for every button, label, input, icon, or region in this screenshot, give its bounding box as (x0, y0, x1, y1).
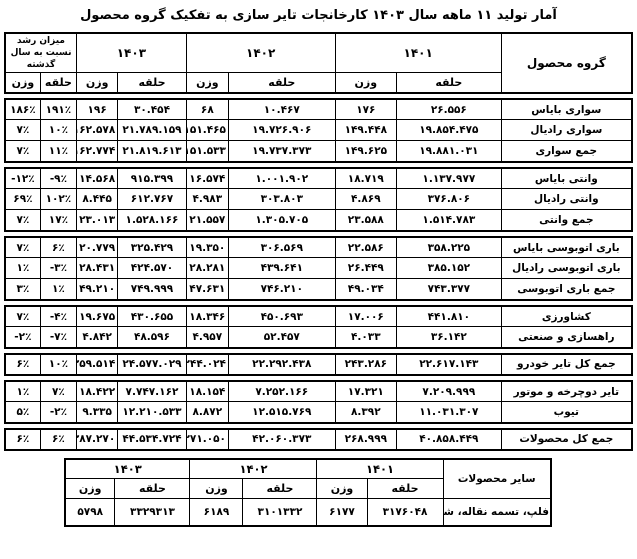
weight-col-header: وزن (77, 73, 118, 93)
table-row: سواری رادیال۱۹.۸۵۴.۴۷۵۱۴۹.۴۴۸۱۹.۷۲۶.۹۰۶۱… (5, 120, 632, 141)
growth-cell-gw: ۷٪ (5, 141, 40, 162)
value-text: ۱۶۲.۷۷۴ (77, 145, 116, 157)
value-text: -۴٪ (50, 311, 67, 323)
value-text: ۱۰٪ (49, 358, 68, 370)
value-text: ۲۴۳.۲۸۶ (345, 358, 387, 370)
value-cell-w1402: ۸.۸۷۲ (186, 402, 228, 423)
table-row: وانتی رادیال۳۷۶.۸۰۶۴.۸۶۹۳۰۳.۸۰۳۴.۹۸۳۶۱۲.… (5, 189, 632, 210)
value-cell-r1401: ۱۹.۸۸۱.۰۳۱ (397, 141, 502, 162)
value-cell-r1402: ۷.۲۵۲.۱۶۶ (228, 381, 335, 402)
weight-col-header: وزن (186, 73, 228, 93)
value-text: ۱۰۲٪ (46, 193, 72, 205)
ring-col-header: حلقه (118, 73, 186, 93)
value-cell-w1401: ۲۶۸.۹۹۹ (335, 429, 396, 450)
growth-cell-gr: ۱۷٪ (40, 210, 76, 231)
value-text: ۱۲.۲۱۰.۵۳۳ (122, 406, 181, 418)
value-cell-w1403: ۵۷۹۸ (65, 499, 115, 526)
value-text: ۷٪ (16, 214, 29, 226)
value-text: ۶٪ (16, 358, 29, 370)
value-text: ۱۹.۳۵۰ (189, 242, 225, 254)
growth-cell-gw: -۱۲٪ (5, 168, 40, 189)
weight-col-header: وزن (65, 479, 115, 499)
value-text: ۶٪ (16, 433, 29, 445)
year-1401-header: ۱۴۰۱ (335, 33, 501, 73)
value-text: ۲۵۹.۵۱۴ (77, 358, 116, 370)
value-text: ۵۲.۴۵۷ (264, 331, 300, 343)
value-text: ۷.۲۵۲.۱۶۶ (255, 386, 308, 398)
value-text: ۲۰.۷۷۹ (79, 242, 115, 254)
value-text: ۶۱۲.۷۶۷ (131, 193, 173, 205)
growth-cell-gr: ۱۱٪ (40, 141, 76, 162)
report-page: آمار تولید ۱۱ ماهه سال ۱۴۰۳ کارخانجات تا… (0, 0, 637, 559)
value-text: ۱۶.۵۷۴ (189, 173, 225, 185)
value-cell-w1401: ۱۷.۰۰۶ (335, 306, 396, 327)
growth-cell-gr: -۲٪ (40, 402, 76, 423)
value-cell-r1402: ۴۲.۰۶۰.۳۷۳ (228, 429, 335, 450)
value-cell-w1401: ۱۴۹.۶۲۵ (335, 141, 396, 162)
value-text: ۳۰.۴۵۴ (134, 104, 170, 116)
value-text: ۴۹.۲۱۰ (79, 283, 115, 295)
value-cell-r1401: ۷.۲۰۹.۹۹۹ (397, 381, 502, 402)
value-text: ۹۱۵.۳۹۹ (131, 173, 173, 185)
value-text: ۶۸ (201, 104, 214, 116)
value-text: ۱.۵۱۴.۷۸۳ (422, 214, 475, 226)
value-cell-r1402: ۳۱۰۱۳۳۲ (243, 499, 317, 526)
value-cell-r1403: ۲۴.۵۷۷.۰۲۹ (118, 354, 186, 375)
product-group-block: باری اتوبوسی بایاس۳۵۸.۲۲۵۲۲.۵۸۶۳۰۶.۵۶۹۱۹… (4, 236, 633, 301)
table-row: سواری بایاس۲۶.۵۵۶۱۷۶۱۰.۴۶۷۶۸۳۰.۴۵۴۱۹۶۱۹۱… (5, 99, 632, 120)
growth-cell-gr: ۱٪ (40, 279, 76, 300)
value-text: ۳۶.۱۴۲ (431, 331, 467, 343)
value-cell-r1402: ۱۲.۵۱۵.۷۶۹ (228, 402, 335, 423)
value-text: ۱۲.۵۱۵.۷۶۹ (252, 406, 311, 418)
value-cell-r1401: ۳۵۸.۲۲۵ (397, 237, 502, 258)
value-text: ۳۷۶.۸۰۶ (428, 193, 470, 205)
value-text: ۳۵۸.۲۲۵ (428, 242, 470, 254)
value-text: ۵٪ (16, 406, 29, 418)
product-groups-container: سواری بایاس۲۶.۵۵۶۱۷۶۱۰.۴۶۷۶۸۳۰.۴۵۴۱۹۶۱۹۱… (0, 98, 637, 451)
value-cell-w1402: ۱۸.۳۴۶ (186, 306, 228, 327)
value-cell-r1401: ۲۶.۵۵۶ (397, 99, 502, 120)
value-text: ۱۰٪ (49, 124, 68, 136)
growth-cell-gw: ۷٪ (5, 120, 40, 141)
value-cell-r1403: ۲۱.۷۸۹.۱۵۹ (118, 120, 186, 141)
table-row: جمع وانتی۱.۵۱۴.۷۸۳۲۳.۵۸۸۱.۳۰۵.۷۰۵۲۱.۵۵۷۱… (5, 210, 632, 231)
product-name-cell: تایر دوچرخه و موتور (501, 381, 632, 402)
product-name-cell: باری اتوبوسی رادیال (501, 258, 632, 279)
value-cell-r1403: ۲۱.۸۱۹.۶۱۳ (118, 141, 186, 162)
value-cell-w1402: ۱۵۱.۴۶۵ (186, 120, 228, 141)
value-cell-w1401: ۱۷۶ (335, 99, 396, 120)
year-header-row: گروه محصول ۱۴۰۱ ۱۴۰۲ ۱۴۰۳ میزان رشد نسبت… (5, 33, 632, 73)
product-name-cell: باری اتوبوسی بایاس (501, 237, 632, 258)
value-text: ۲۷۱.۰۵۰ (186, 433, 226, 445)
value-cell-w1402: ۱۶.۵۷۴ (186, 168, 228, 189)
value-text: ۵۷۹۸ (77, 506, 103, 518)
growth-cell-gw: ۱۸۶٪ (5, 99, 40, 120)
growth-cell-gw: ۱٪ (5, 258, 40, 279)
value-text: ۴۲۴.۵۷۰ (131, 262, 173, 274)
value-cell-w1401: ۱۴۹.۴۴۸ (335, 120, 396, 141)
value-cell-r1401: ۱۹.۸۵۴.۴۷۵ (397, 120, 502, 141)
value-cell-r1402: ۱۹.۷۳۷.۳۷۳ (228, 141, 335, 162)
product-group-block: جمع کل محصولات۴۰.۸۵۸.۴۴۹۲۶۸.۹۹۹۴۲.۰۶۰.۳۷… (4, 428, 633, 451)
value-text: ۷٪ (16, 242, 29, 254)
value-cell-w1402: ۴۷.۶۳۱ (186, 279, 228, 300)
value-text: ۱۸.۳۴۶ (189, 311, 225, 323)
value-cell-r1402: ۱.۳۰۵.۷۰۵ (228, 210, 335, 231)
value-cell-r1403: ۳۲۵.۴۲۹ (118, 237, 186, 258)
value-cell-r1403: ۴۴.۵۳۴.۷۲۴ (118, 429, 186, 450)
value-text: ۳۰۳.۸۰۳ (261, 193, 303, 205)
value-cell-w1403: ۲۸۷.۲۷۰ (77, 429, 118, 450)
value-cell-r1401: ۲۲.۶۱۷.۱۴۳ (397, 354, 502, 375)
value-text: ۲۲.۶۱۷.۱۴۳ (419, 358, 478, 370)
value-cell-r1403: ۴۸.۵۹۶ (118, 327, 186, 348)
weight-col-header: وزن (5, 73, 40, 93)
value-cell-w1403: ۱۹۶ (77, 99, 118, 120)
value-text: ۱۷.۳۲۱ (348, 386, 384, 398)
weight-col-header: وزن (190, 479, 243, 499)
table-row: راهسازی و صنعتی۳۶.۱۴۲۴.۰۳۳۵۲.۴۵۷۴.۹۵۷۴۸.… (5, 327, 632, 348)
value-text: ۱۹.۷۳۷.۳۷۳ (252, 145, 311, 157)
value-cell-w1403: ۴.۸۴۲ (77, 327, 118, 348)
value-cell-r1402: ۳۰۶.۵۶۹ (228, 237, 335, 258)
value-text: ۲۱.۷۸۹.۱۵۹ (122, 124, 181, 136)
product-name-cell: جمع باری اتوبوسی (501, 279, 632, 300)
other-year-header-row: سایر محصولات ۱۴۰۱ ۱۴۰۲ ۱۴۰۳ (65, 459, 551, 479)
value-text: ۲۲.۲۹۲.۴۳۸ (252, 358, 311, 370)
value-text: ۶۱۷۷ (329, 506, 355, 518)
value-text: ۲۳.۵۸۸ (348, 214, 384, 226)
value-cell-r1401: ۱.۱۳۷.۹۷۷ (397, 168, 502, 189)
value-cell-w1402: ۲۸.۲۸۱ (186, 258, 228, 279)
value-cell-r1401: ۴۰.۸۵۸.۴۴۹ (397, 429, 502, 450)
table-row: باری اتوبوسی بایاس۳۵۸.۲۲۵۲۲.۵۸۶۳۰۶.۵۶۹۱۹… (5, 237, 632, 258)
value-text: ۱.۰۰۱.۹۰۲ (255, 173, 308, 185)
value-text: ۱۶۲.۵۷۸ (77, 124, 116, 136)
growth-cell-gr: ۶٪ (40, 429, 76, 450)
year-1403-header: ۱۴۰۳ (77, 33, 187, 73)
growth-cell-gw: ۳٪ (5, 279, 40, 300)
ring-col-header: حلقه (115, 479, 190, 499)
value-text: ۴۰.۸۵۸.۴۴۹ (419, 433, 478, 445)
value-text: ۴.۰۳۳ (351, 331, 381, 343)
product-group-block: تایر دوچرخه و موتور۷.۲۰۹.۹۹۹۱۷.۳۲۱۷.۲۵۲.… (4, 380, 633, 424)
value-text: ۳۱۰۱۳۳۲ (258, 506, 303, 518)
value-text: ۴.۸۶۹ (351, 193, 381, 205)
product-name-cell: جمع کل محصولات (501, 429, 632, 450)
value-cell-w1402: ۲۷۱.۰۵۰ (186, 429, 228, 450)
value-text: ۱۹۱٪ (46, 104, 72, 116)
value-text: ۱۹.۷۲۶.۹۰۶ (252, 124, 311, 136)
value-text: ۱۹.۸۸۱.۰۳۱ (419, 145, 478, 157)
value-text: ۴۳۹.۶۴۱ (261, 262, 303, 274)
main-table-header: گروه محصول ۱۴۰۱ ۱۴۰۲ ۱۴۰۳ میزان رشد نسبت… (4, 32, 633, 94)
growth-cell-gr: ۱۰٪ (40, 120, 76, 141)
value-text: ۲۲.۵۸۶ (348, 242, 384, 254)
value-cell-w1402: ۶۸ (186, 99, 228, 120)
value-cell-r1403: ۳۳۲۹۳۱۳ (115, 499, 190, 526)
growth-cell-gr: ۱۹۱٪ (40, 99, 76, 120)
value-cell-w1403: ۱۶۲.۷۷۴ (77, 141, 118, 162)
value-text: ۱۹.۶۷۵ (79, 311, 115, 323)
value-text: ۲۸.۴۳۱ (79, 262, 115, 274)
product-name-cell: وانتی رادیال (501, 189, 632, 210)
value-cell-w1401: ۴.۸۶۹ (335, 189, 396, 210)
weight-col-header: وزن (335, 73, 396, 93)
value-text: ۶٪ (52, 433, 65, 445)
product-group-block: کشاورزی۴۴۱.۸۱۰۱۷.۰۰۶۴۵۰.۶۹۳۱۸.۳۴۶۴۳۰.۶۵۵… (4, 305, 633, 349)
other-products-name: فلپ، تسمه نقاله، شیلنگ و ... (443, 499, 551, 526)
value-text: ۴۴۱.۸۱۰ (428, 311, 470, 323)
value-text: ۳۸۵.۱۵۲ (428, 262, 470, 274)
product-name-cell: کشاورزی (501, 306, 632, 327)
value-text: ۴۹.۰۳۴ (348, 283, 384, 295)
value-text: ۴۷.۶۳۱ (189, 283, 225, 295)
growth-cell-gr: ۷٪ (40, 381, 76, 402)
value-text: ۲۱.۵۵۷ (189, 214, 225, 226)
value-cell-w1401: ۲۳.۵۸۸ (335, 210, 396, 231)
value-text: ۳۳۲۹۳۱۳ (130, 506, 175, 518)
value-text: ۱۴.۵۶۸ (79, 173, 115, 185)
value-text: -۷٪ (50, 331, 67, 343)
growth-cell-gw: ۶٪ (5, 429, 40, 450)
product-name-cell: جمع وانتی (501, 210, 632, 231)
other-products-row: فلپ، تسمه نقاله، شیلنگ و ... ۳۱۷۶۰۴۸ ۶۱۷… (65, 499, 551, 526)
value-text: ۱۱٪ (49, 145, 68, 157)
value-text: ۲۸۷.۲۷۰ (77, 433, 116, 445)
value-text: -۲٪ (14, 331, 31, 343)
value-text: ۷۴۹.۹۹۹ (131, 283, 173, 295)
value-text: ۶۱۸۹ (204, 506, 230, 518)
value-text: ۴۲.۰۶۰.۳۷۳ (252, 433, 311, 445)
growth-header: میزان رشد نسبت به سال گذشته (5, 33, 77, 73)
value-cell-w1401: ۶۱۷۷ (317, 499, 367, 526)
growth-cell-gw: ۶۹٪ (5, 189, 40, 210)
product-name-cell: تیوب (501, 402, 632, 423)
product-group-block: سواری بایاس۲۶.۵۵۶۱۷۶۱۰.۴۶۷۶۸۳۰.۴۵۴۱۹۶۱۹۱… (4, 98, 633, 163)
value-text: ۱.۳۰۵.۷۰۵ (255, 214, 308, 226)
other-year-1403-header: ۱۴۰۳ (65, 459, 190, 479)
value-cell-r1402: ۴۳۹.۶۴۱ (228, 258, 335, 279)
value-text: ۷٪ (52, 386, 65, 398)
product-group-header: گروه محصول (501, 33, 632, 93)
product-name-cell: جمع سواری (501, 141, 632, 162)
table-row: جمع سواری۱۹.۸۸۱.۰۳۱۱۴۹.۶۲۵۱۹.۷۳۷.۳۷۳۱۵۱.… (5, 141, 632, 162)
growth-cell-gw: ۶٪ (5, 354, 40, 375)
value-cell-w1403: ۸.۴۴۵ (77, 189, 118, 210)
value-text: ۴.۹۸۳ (193, 193, 223, 205)
value-cell-w1402: ۲۴۴.۰۲۴ (186, 354, 228, 375)
table-row: باری اتوبوسی رادیال۳۸۵.۱۵۲۲۶.۴۴۹۴۳۹.۶۴۱۲… (5, 258, 632, 279)
value-cell-r1403: ۴۳۰.۶۵۵ (118, 306, 186, 327)
value-text: ۲۱.۸۱۹.۶۱۳ (122, 145, 181, 157)
value-cell-w1402: ۱۵۱.۵۳۳ (186, 141, 228, 162)
value-cell-w1403: ۲۵۹.۵۱۴ (77, 354, 118, 375)
value-text: ۱٪ (16, 386, 29, 398)
value-text: ۲۶.۵۵۶ (431, 104, 467, 116)
value-text: ۴۳۰.۶۵۵ (131, 311, 173, 323)
value-text: ۲۴.۵۷۷.۰۲۹ (122, 358, 181, 370)
value-text: ۱۴۹.۴۴۸ (345, 124, 387, 136)
value-cell-r1402: ۴۵۰.۶۹۳ (228, 306, 335, 327)
value-text: ۲۶۸.۹۹۹ (345, 433, 387, 445)
value-text: ۶٪ (52, 242, 65, 254)
product-group-block: وانتی بایاس۱.۱۳۷.۹۷۷۱۸.۷۱۹۱.۰۰۱.۹۰۲۱۶.۵۷… (4, 167, 633, 232)
value-cell-r1403: ۷.۷۴۷.۱۶۲ (118, 381, 186, 402)
value-text: ۷.۷۴۷.۱۶۲ (126, 386, 179, 398)
value-cell-w1402: ۲۱.۵۵۷ (186, 210, 228, 231)
value-text: ۷٪ (16, 311, 29, 323)
value-text: ۹.۳۳۵ (82, 406, 112, 418)
value-text: ۳٪ (16, 283, 29, 295)
value-text: ۱۰.۴۶۷ (264, 104, 300, 116)
value-text: ۱.۱۳۷.۹۷۷ (422, 173, 475, 185)
value-cell-r1403: ۷۴۹.۹۹۹ (118, 279, 186, 300)
value-text: ۱۸.۱۵۴ (189, 386, 225, 398)
value-text: -۲٪ (50, 406, 67, 418)
value-cell-w1403: ۲۰.۷۷۹ (77, 237, 118, 258)
value-text: ۲۳.۰۱۳ (79, 214, 115, 226)
growth-cell-gr: ۱۰٪ (40, 354, 76, 375)
value-text: -۳٪ (50, 262, 67, 274)
value-text: ۷٪ (16, 145, 29, 157)
value-text: ۱.۵۲۸.۱۶۶ (126, 214, 179, 226)
value-cell-r1403: ۶۱۲.۷۶۷ (118, 189, 186, 210)
value-cell-r1402: ۱.۰۰۱.۹۰۲ (228, 168, 335, 189)
value-text: ۶۹٪ (13, 193, 32, 205)
growth-cell-gr: -۳٪ (40, 258, 76, 279)
value-text: ۱۷۶ (356, 104, 375, 116)
growth-cell-gw: ۷٪ (5, 306, 40, 327)
value-cell-w1401: ۱۷.۳۲۱ (335, 381, 396, 402)
value-cell-w1402: ۱۹.۳۵۰ (186, 237, 228, 258)
value-text: -۱۲٪ (11, 173, 35, 185)
table-row: جمع کل محصولات۴۰.۸۵۸.۴۴۹۲۶۸.۹۹۹۴۲.۰۶۰.۳۷… (5, 429, 632, 450)
value-text: ۱٪ (16, 262, 29, 274)
value-cell-w1402: ۶۱۸۹ (190, 499, 243, 526)
value-text: ۱۸.۴۲۲ (79, 386, 115, 398)
ring-col-header: حلقه (40, 73, 76, 93)
value-cell-r1402: ۱۹.۷۲۶.۹۰۶ (228, 120, 335, 141)
value-text: ۷٪ (16, 124, 29, 136)
value-cell-w1401: ۲۲.۵۸۶ (335, 237, 396, 258)
value-cell-w1401: ۲۴۳.۲۸۶ (335, 354, 396, 375)
value-text: ۴.۹۵۷ (193, 331, 223, 343)
growth-cell-gw: ۵٪ (5, 402, 40, 423)
value-cell-w1401: ۱۸.۷۱۹ (335, 168, 396, 189)
value-text: ۱٪ (52, 283, 65, 295)
value-text: ۴۴.۵۳۴.۷۲۴ (122, 433, 181, 445)
value-text: ۳۱۷۶۰۴۸ (383, 506, 428, 518)
value-text: ۱۴۹.۶۲۵ (345, 145, 387, 157)
value-text: ۷۴۶.۲۱۰ (261, 283, 303, 295)
value-cell-r1403: ۹۱۵.۳۹۹ (118, 168, 186, 189)
value-cell-w1403: ۱۸.۴۲۲ (77, 381, 118, 402)
value-cell-w1403: ۲۳.۰۱۳ (77, 210, 118, 231)
value-text: ۸.۳۹۲ (351, 406, 381, 418)
table-row: جمع کل تایر خودرو۲۲.۶۱۷.۱۴۳۲۴۳.۲۸۶۲۲.۲۹۲… (5, 354, 632, 375)
value-text: ۳۲۵.۴۲۹ (131, 242, 173, 254)
year-1402-header: ۱۴۰۲ (186, 33, 335, 73)
value-text: ۱۵۱.۴۶۵ (186, 124, 226, 136)
value-cell-r1401: ۷۴۳.۳۷۷ (397, 279, 502, 300)
value-cell-r1401: ۳۱۷۶۰۴۸ (367, 499, 443, 526)
other-year-1401-header: ۱۴۰۱ (317, 459, 443, 479)
value-cell-r1402: ۲۲.۲۹۲.۴۳۸ (228, 354, 335, 375)
value-text: ۲۶.۴۴۹ (348, 262, 384, 274)
value-cell-r1403: ۱۲.۲۱۰.۵۳۳ (118, 402, 186, 423)
value-cell-r1401: ۱۱.۰۳۱.۳۰۷ (397, 402, 502, 423)
value-cell-r1401: ۳۷۶.۸۰۶ (397, 189, 502, 210)
value-cell-w1401: ۴۹.۰۳۴ (335, 279, 396, 300)
product-name-cell: جمع کل تایر خودرو (501, 354, 632, 375)
value-cell-r1402: ۱۰.۴۶۷ (228, 99, 335, 120)
value-text: ۲۴۴.۰۲۴ (186, 358, 226, 370)
value-cell-r1402: ۳۰۳.۸۰۳ (228, 189, 335, 210)
growth-cell-gw: ۱٪ (5, 381, 40, 402)
value-cell-w1403: ۱۴.۵۶۸ (77, 168, 118, 189)
ring-col-header: حلقه (367, 479, 443, 499)
value-text: ۱۸.۷۱۹ (348, 173, 384, 185)
product-name-cell: راهسازی و صنعتی (501, 327, 632, 348)
value-cell-r1403: ۱.۵۲۸.۱۶۶ (118, 210, 186, 231)
value-text: ۴۸.۵۹۶ (134, 331, 170, 343)
value-text: ۱۷٪ (49, 214, 68, 226)
product-name-cell: سواری رادیال (501, 120, 632, 141)
value-cell-w1402: ۱۸.۱۵۴ (186, 381, 228, 402)
value-cell-w1403: ۱۹.۶۷۵ (77, 306, 118, 327)
product-name-cell: سواری بایاس (501, 99, 632, 120)
ring-col-header: حلقه (397, 73, 502, 93)
value-text: ۱۵۱.۵۳۳ (186, 145, 226, 157)
weight-col-header: وزن (317, 479, 367, 499)
value-cell-r1403: ۳۰.۴۵۴ (118, 99, 186, 120)
growth-cell-gw: ۷٪ (5, 237, 40, 258)
value-text: ۱۱.۰۳۱.۳۰۷ (419, 406, 478, 418)
value-text: ۴۵۰.۶۹۳ (261, 311, 303, 323)
value-text: ۸.۸۷۲ (193, 406, 223, 418)
value-cell-r1401: ۳۶.۱۴۲ (397, 327, 502, 348)
table-row: تایر دوچرخه و موتور۷.۲۰۹.۹۹۹۱۷.۳۲۱۷.۲۵۲.… (5, 381, 632, 402)
growth-cell-gr: -۴٪ (40, 306, 76, 327)
value-cell-w1403: ۲۸.۴۳۱ (77, 258, 118, 279)
growth-cell-gw: ۷٪ (5, 210, 40, 231)
ring-col-header: حلقه (228, 73, 335, 93)
value-cell-w1402: ۴.۹۵۷ (186, 327, 228, 348)
value-text: ۱۹.۸۵۴.۴۷۵ (419, 124, 478, 136)
product-name-cell: وانتی بایاس (501, 168, 632, 189)
value-cell-r1402: ۵۲.۴۵۷ (228, 327, 335, 348)
other-products-table: سایر محصولات ۱۴۰۱ ۱۴۰۲ ۱۴۰۳ حلقه وزن حلق… (64, 458, 552, 527)
table-row: کشاورزی۴۴۱.۸۱۰۱۷.۰۰۶۴۵۰.۶۹۳۱۸.۳۴۶۴۳۰.۶۵۵… (5, 306, 632, 327)
ring-col-header: حلقه (243, 479, 317, 499)
value-text: ۳۰۶.۵۶۹ (261, 242, 303, 254)
value-text: ۷.۲۰۹.۹۹۹ (422, 386, 475, 398)
value-text: ۲۸.۲۸۱ (189, 262, 225, 274)
growth-cell-gr: ۶٪ (40, 237, 76, 258)
value-cell-r1403: ۴۲۴.۵۷۰ (118, 258, 186, 279)
table-row: جمع باری اتوبوسی۷۴۳.۳۷۷۴۹.۰۳۴۷۴۶.۲۱۰۴۷.۶… (5, 279, 632, 300)
value-cell-w1403: ۹.۳۳۵ (77, 402, 118, 423)
value-cell-w1401: ۲۶.۴۴۹ (335, 258, 396, 279)
value-cell-w1403: ۴۹.۲۱۰ (77, 279, 118, 300)
other-products-header: سایر محصولات (443, 459, 551, 499)
value-cell-w1401: ۴.۰۳۳ (335, 327, 396, 348)
page-title: آمار تولید ۱۱ ماهه سال ۱۴۰۳ کارخانجات تا… (0, 0, 637, 23)
value-text: ۷۴۳.۳۷۷ (428, 283, 470, 295)
